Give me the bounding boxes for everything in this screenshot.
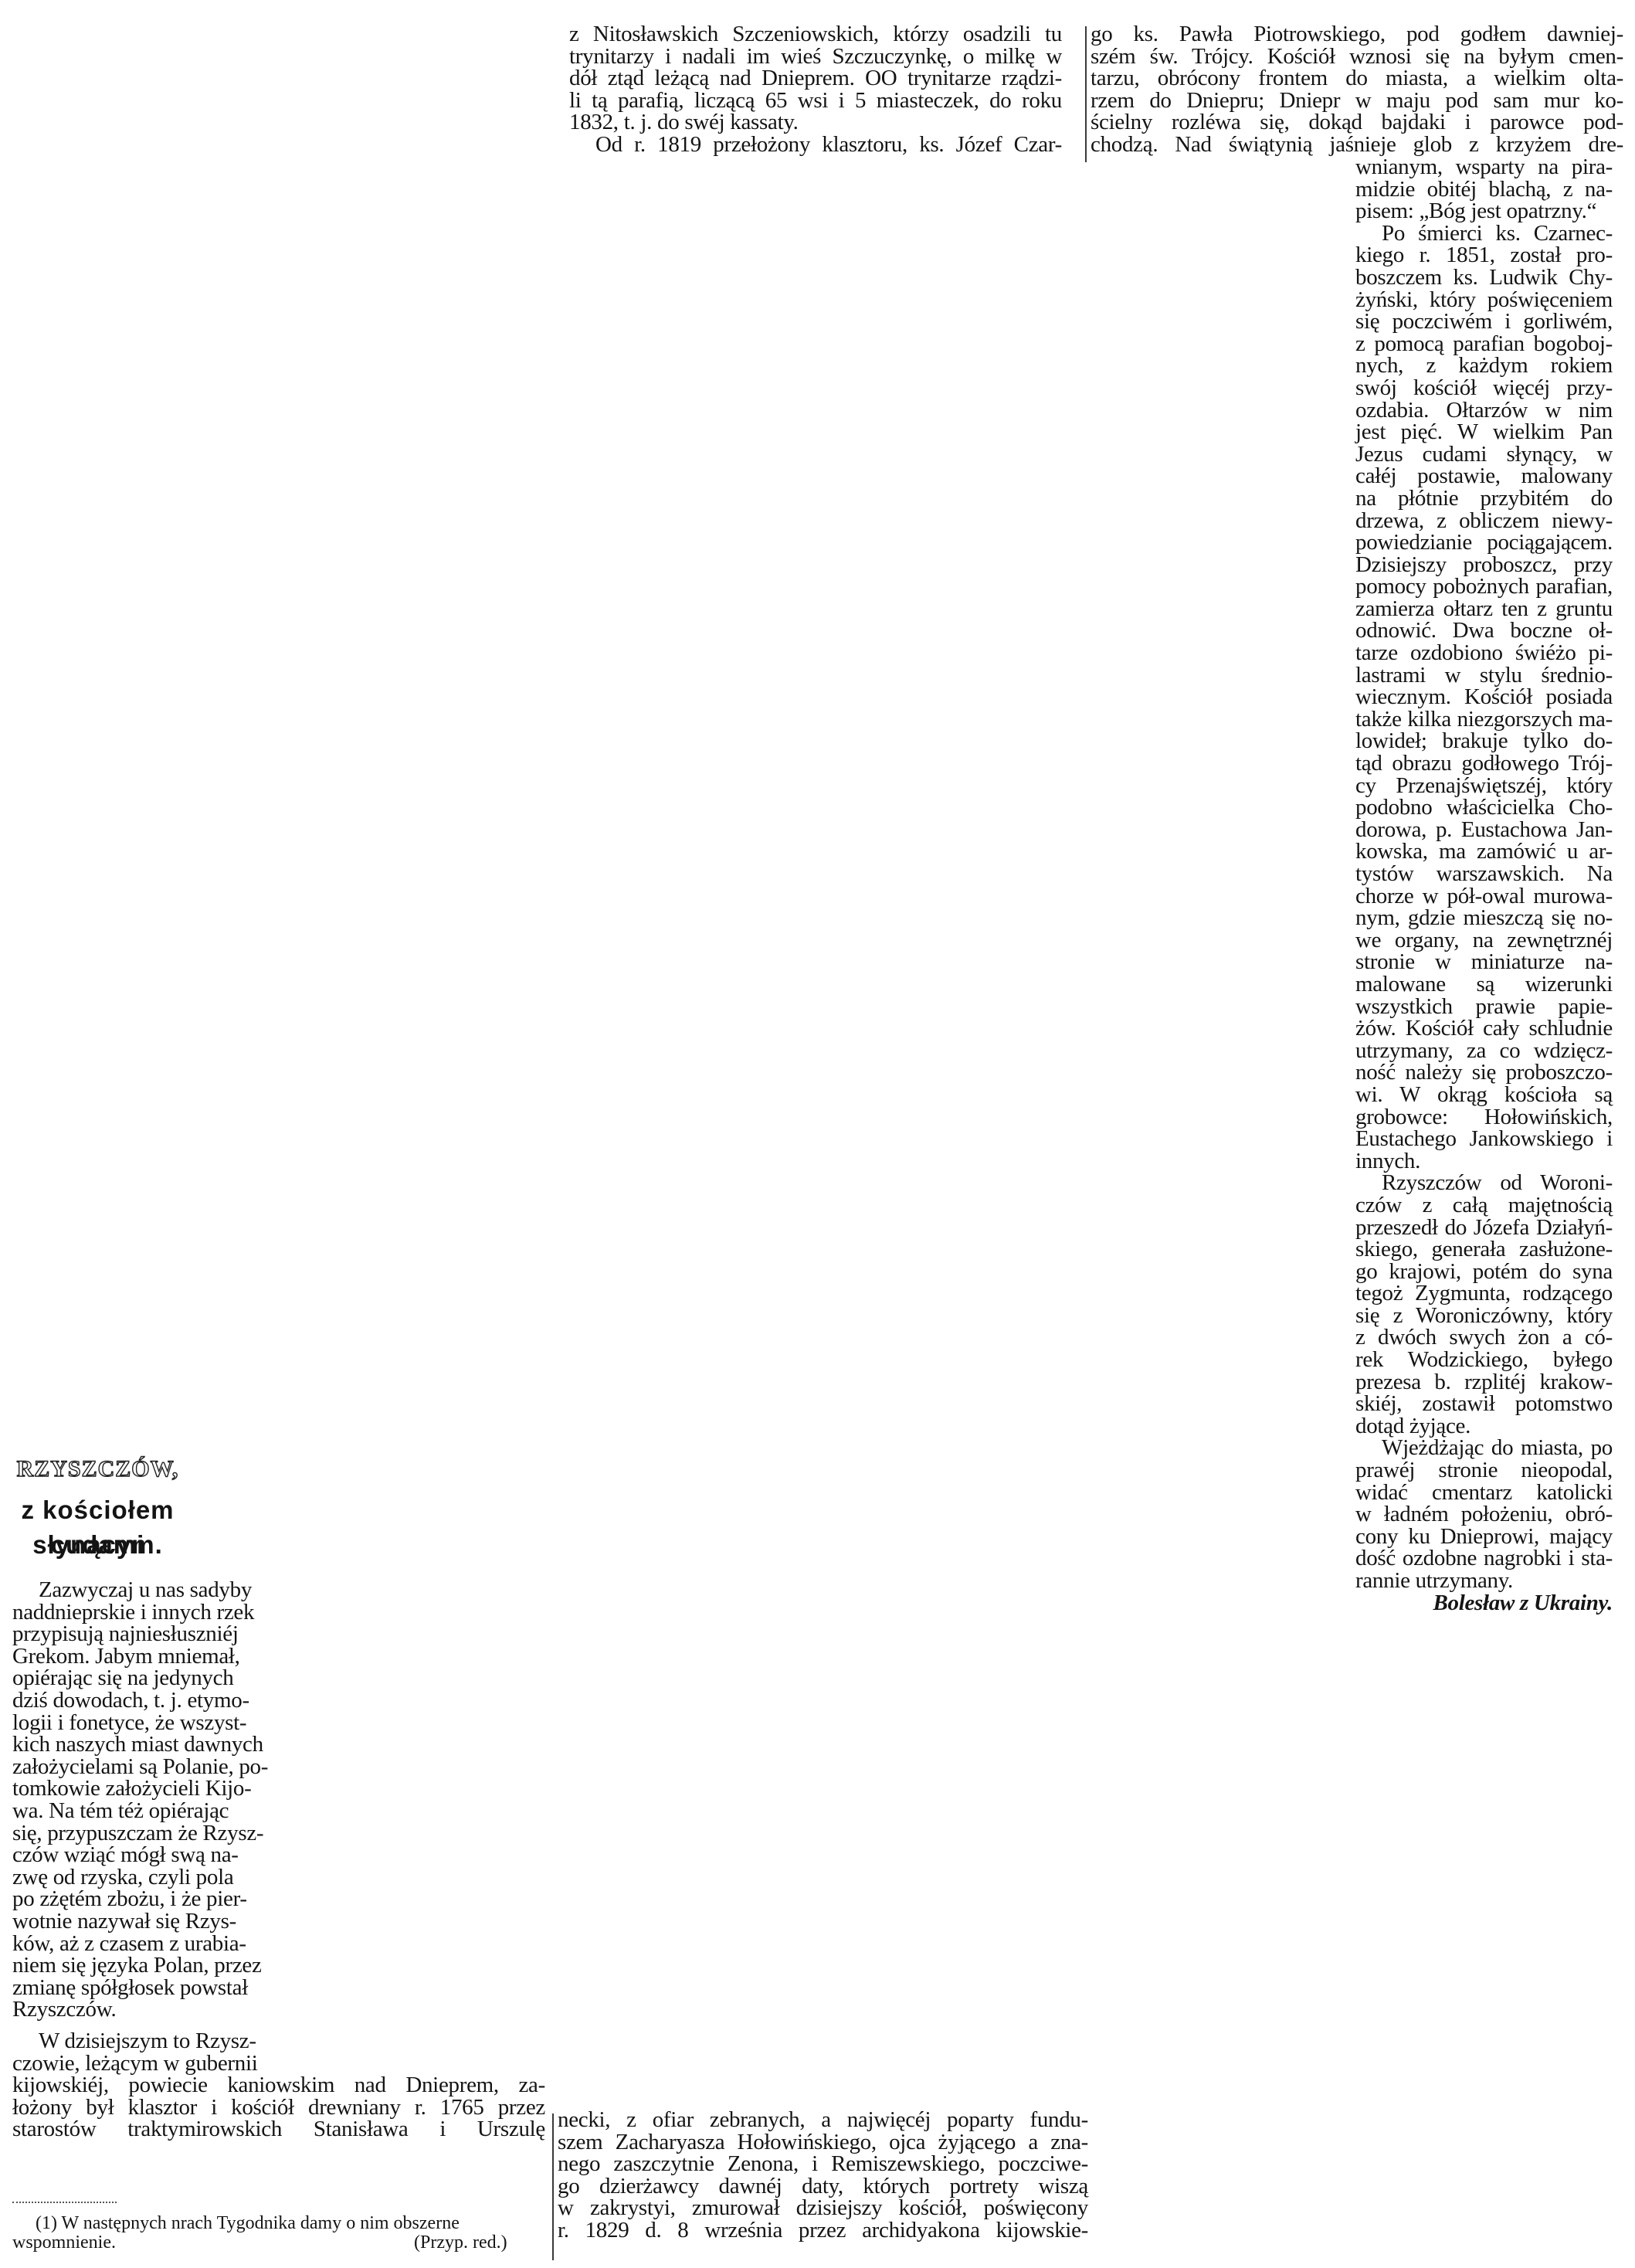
text-line: cy Przenajświętszéj, który <box>1355 775 1613 797</box>
left-column: Zazwyczaj u nas sadyby naddnieprskie i i… <box>12 1579 184 2021</box>
text-line: nym, gdzie mieszczą się no- <box>1355 907 1613 929</box>
text-line: z pomocą parafian bogoboj- <box>1355 333 1613 355</box>
text-line: ścielny rozléwa się, dokąd bajdaki i par… <box>1091 111 1623 134</box>
text-line: W dzisiejszym to Rzysz- <box>12 2030 184 2052</box>
text-line: Rzyszczów. <box>12 1998 184 2021</box>
text-line: Grekom. Jabym mniemał, <box>12 1645 184 1668</box>
text-line: czowie, leżącym w gubernii <box>12 2052 184 2075</box>
text-line: przypisują najniesłuszniéj <box>12 1623 184 1645</box>
text-line: dorowa, p. Eustachowa Jan- <box>1355 819 1613 841</box>
text-line: wszystkich prawie papie- <box>1355 996 1613 1018</box>
text-line: szém św. Trójcy. Kościół wznosi się na b… <box>1091 46 1623 68</box>
text-line: czów z całą majętnością <box>1355 1194 1613 1217</box>
text-line: dość ozdobne nagrobki i sta- <box>1355 1547 1613 1570</box>
author-signature: Bolesław z Ukrainy. <box>1355 1592 1613 1614</box>
text-line: szem Zacharyasza Hołowińskiego, ojca żyj… <box>558 2131 1088 2154</box>
text-line: tystów warszawskich. Na <box>1355 863 1613 885</box>
text-line: się z Woroniczówny, który <box>1355 1305 1613 1327</box>
text-line: chorze w pół-owal murowa- <box>1355 885 1613 908</box>
text-line: czów wziąć mógł swą na- <box>12 1844 184 1866</box>
text-line: Od r. 1819 przełożony klasztoru, ks. Józ… <box>569 134 1062 156</box>
text-line: wotnie nazywał się Rzys- <box>12 1910 184 1933</box>
text-line: pomocy pobożnych parafian, <box>1355 575 1613 598</box>
column-divider <box>552 2114 554 2260</box>
text-line: tarze ozdobiono świéżo pi- <box>1355 642 1613 664</box>
text-line: Jezus cudami słynący, w <box>1355 443 1613 466</box>
text-line: kowska, ma zamówić u ar- <box>1355 840 1613 863</box>
text-line: Po śmierci ks. Czarnec- <box>1355 222 1613 245</box>
text-line: żów. Kościół cały schludnie <box>1355 1017 1613 1040</box>
column-divider <box>1085 26 1087 162</box>
text-line: chodzą. Nad świątynią jaśnieje glob z kr… <box>1091 134 1623 156</box>
text-line: ność należy się proboszczo- <box>1355 1061 1613 1084</box>
text-line: prawéj stronie nieopodal, <box>1355 1459 1613 1482</box>
text-line: skiéj, zostawił potomstwo <box>1355 1393 1613 1415</box>
text-line: jest pięć. W wielkim Pan <box>1355 421 1613 443</box>
text-line: wiecznym. Kościół posiada <box>1355 686 1613 708</box>
text-line: swój kościół więcéj przy- <box>1355 377 1613 399</box>
top-right-column: go ks. Pawła Piotrowskiego, pod godłem d… <box>1091 23 1623 156</box>
text-line: prezesa b. rzplitéj krakow- <box>1355 1371 1613 1394</box>
text-line: w zakrystyi, zmurował dzisiejszy kościół… <box>558 2197 1088 2219</box>
text-line: odnowić. Dwa boczne oł- <box>1355 620 1613 642</box>
text-line: kich naszych miast dawnych <box>12 1733 184 1756</box>
text-line: żyński, który poświęceniem <box>1355 289 1613 311</box>
text-line: zamierza ołtarz ten z gruntu <box>1355 598 1613 620</box>
text-line: wnianym, wsparty na pira- <box>1355 156 1613 178</box>
text-line: w ładném położeniu, obró- <box>1355 1503 1613 1526</box>
text-line: nego zaszczytnie Zenona, i Remiszewskieg… <box>558 2153 1088 2175</box>
article-title-subtitle-2: słynącym. <box>0 1527 195 1562</box>
text-line: tomkowie założycieli Kijo- <box>12 1777 184 1800</box>
text-line: Dzisiejszy proboszcz, przy <box>1355 554 1613 576</box>
text-line: całéj postawie, malowany <box>1355 465 1613 487</box>
text-line: łożony był klasztor i kościół drewniany … <box>12 2097 545 2119</box>
top-middle-column: z Nitosławskich Szczeniowskich, którzy o… <box>569 23 1062 156</box>
text-line: innych. <box>1355 1150 1613 1173</box>
text-line: pisem: „Bóg jest opatrzny.“ <box>1355 200 1613 222</box>
text-line: opiérając się na jedynych <box>12 1667 184 1689</box>
bottom-right-column: necki, z ofiar zebranych, a najwięcéj po… <box>558 2109 1088 2242</box>
text-line: ozdabia. Ołtarzów w nim <box>1355 399 1613 422</box>
text-line: tąd obrazu godłowego Trój- <box>1355 752 1613 775</box>
text-line: założycielami są Polanie, po- <box>12 1756 184 1778</box>
text-line: także kilka niezgorszych ma- <box>1355 708 1613 731</box>
text-line: naddnieprskie i innych rzek <box>12 1601 184 1624</box>
text-line: Zazwyczaj u nas sadyby <box>12 1579 184 1601</box>
right-narrow-column: wnianym, wsparty na pira- midzie obitéj … <box>1355 156 1613 1614</box>
text-line: rek Wodzickiego, byłego <box>1355 1349 1613 1371</box>
text-line: podobno właścicielka Cho- <box>1355 796 1613 819</box>
text-line: się, przypuszczam że Rzysz- <box>12 1822 184 1845</box>
text-line: drzewa, z obliczem niewy- <box>1355 510 1613 532</box>
bottom-left-column: kijowskiéj, powiecie kaniowskim nad Dnie… <box>12 2074 545 2141</box>
footnote-line-1: (1) W następnych nrach Tygodnika damy o … <box>12 2214 545 2233</box>
text-line: lowideł; brakuje tylko do- <box>1355 730 1613 752</box>
text-line: skiego, generała zasłużone- <box>1355 1238 1613 1261</box>
text-line: li tą parafią, liczącą 65 wsi i 5 miaste… <box>569 90 1062 112</box>
text-line: 1832, t. j. do swéj kassaty. <box>569 111 1062 134</box>
text-line: go dzierżawcy dawnéj daty, których portr… <box>558 2175 1088 2198</box>
text-line: zwę od rzyska, czyli pola <box>12 1866 184 1889</box>
text-line: Eustachego Jankowskiego i <box>1355 1128 1613 1150</box>
text-line: malowane są wizerunki <box>1355 973 1613 996</box>
text-line: go ks. Pawła Piotrowskiego, pod godłem d… <box>1091 23 1623 46</box>
text-line: ków, aż z czasem z urabia- <box>12 1933 184 1955</box>
text-line: Wjeżdżając do miasta, po <box>1355 1437 1613 1459</box>
text-line: dół ztąd leżącą nad Dnieprem. OO trynita… <box>569 67 1062 90</box>
text-line: Rzyszczów od Woroni- <box>1355 1172 1613 1194</box>
text-line: widać cmentarz katolicki <box>1355 1482 1613 1504</box>
text-line: kiego r. 1851, został pro- <box>1355 244 1613 267</box>
text-line: go krajowi, potém do syna <box>1355 1261 1613 1283</box>
text-line: rzem do Dniepru; Dniepr w maju pod sam m… <box>1091 90 1623 112</box>
text-line: rannie utrzymany. <box>1355 1570 1613 1592</box>
text-line: tegoż Zygmunta, rodzącego <box>1355 1282 1613 1305</box>
text-line: powiedzianie pociągającem. <box>1355 531 1613 554</box>
text-line: z Nitosławskich Szczeniowskich, którzy o… <box>569 23 1062 46</box>
text-line: midzie obitéj blachą, z na- <box>1355 178 1613 201</box>
text-line: starostów traktymirowskich Stanisława i … <box>12 2118 545 2141</box>
text-line: niem się języka Polan, przez <box>12 1954 184 1977</box>
text-line: lastrami w stylu średnio- <box>1355 664 1613 687</box>
text-line: utrzymany, za co wdzięcz- <box>1355 1040 1613 1062</box>
text-line: dotąd żyjące. <box>1355 1415 1613 1438</box>
text-line: necki, z ofiar zebranych, a najwięcéj po… <box>558 2109 1088 2131</box>
text-line: przeszedł do Józefa Działyń- <box>1355 1217 1613 1239</box>
text-line: r. 1829 d. 8 września przez archidyakona… <box>558 2219 1088 2242</box>
text-line: na płótnie przybitém do <box>1355 487 1613 510</box>
text-line: po zżętém zbożu, i że pier- <box>12 1888 184 1910</box>
footnote-line-2: wspomnienie. <box>12 2232 116 2253</box>
article-title-place: RZYSZCZÓW, <box>0 1456 195 1482</box>
text-line: boszczem ks. Ludwik Chy- <box>1355 267 1613 289</box>
text-line: grobowce: Hołowińskich, <box>1355 1106 1613 1129</box>
text-line: logii i fonetyce, że wszyst- <box>12 1712 184 1734</box>
text-line: stronie w miniaturze na- <box>1355 951 1613 973</box>
footnote: (1) W następnych nrach Tygodnika damy o … <box>12 2214 545 2253</box>
text-line: wa. Na tém téż opiérając <box>12 1800 184 1822</box>
footnote-attribution: (Przyp. red.) <box>414 2233 507 2253</box>
text-line: dziś dowodach, t. j. etymo- <box>12 1689 184 1712</box>
text-line: trynitarzy i nadali im wieś Szczuczynkę,… <box>569 46 1062 68</box>
footnote-separator <box>12 2202 117 2205</box>
text-line: cony ku Dnieprowi, mający <box>1355 1526 1613 1548</box>
text-line: tarzu, obrócony frontem do miasta, a wie… <box>1091 67 1623 90</box>
text-line: się poczciwém i gorliwém, <box>1355 311 1613 333</box>
text-line: kijowskiéj, powiecie kaniowskim nad Dnie… <box>12 2074 545 2097</box>
left-column-paragraph-2: W dzisiejszym to Rzysz- czowie, leżącym … <box>12 2030 184 2074</box>
text-line: nych, z każdym rokiem <box>1355 355 1613 377</box>
text-line: zmianę spółgłosek powstał <box>12 1977 184 1999</box>
text-line: we organy, na zewnętrznéj <box>1355 929 1613 952</box>
text-line: wi. W okrąg kościoła są <box>1355 1084 1613 1106</box>
text-line: z dwóch swych żon a có- <box>1355 1326 1613 1349</box>
